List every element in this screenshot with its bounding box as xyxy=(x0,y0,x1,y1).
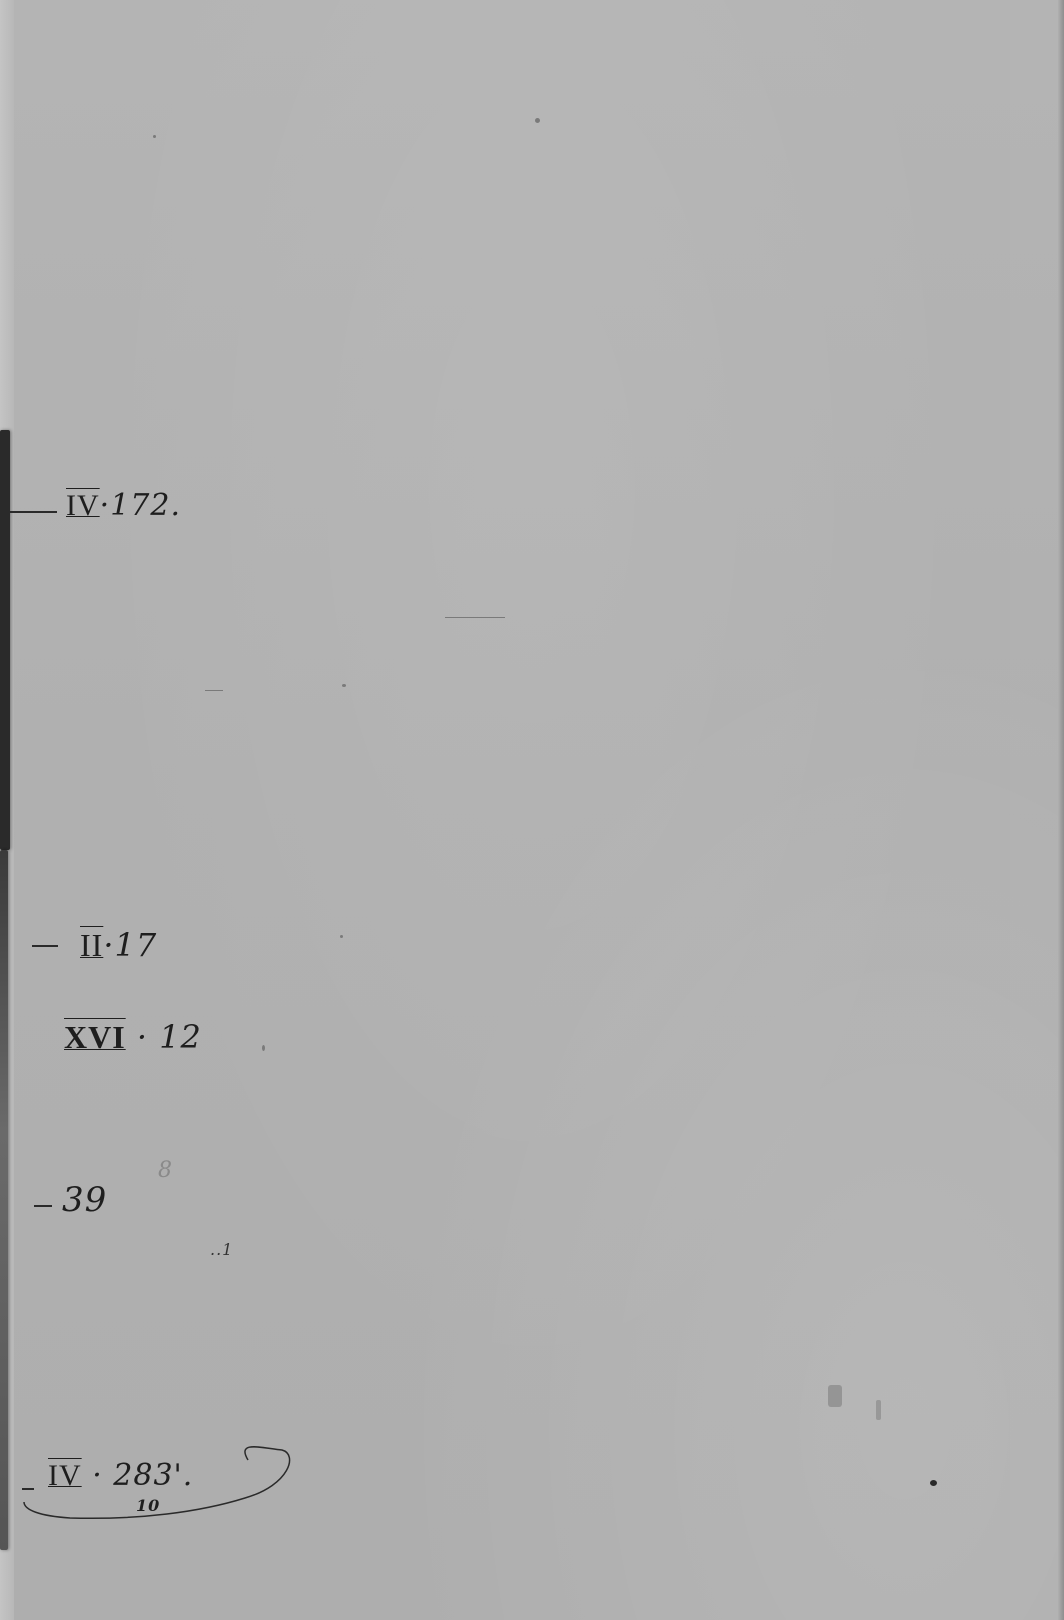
annotation-number: 12 xyxy=(159,1018,202,1056)
annotation-separator: · xyxy=(103,926,114,964)
annotation-roman: IV xyxy=(48,1459,82,1492)
annotation-number: 172. xyxy=(110,488,181,523)
binding-shadow-lower xyxy=(0,850,8,1550)
margin-dash xyxy=(32,945,58,947)
annotation-separator: · xyxy=(126,1018,160,1056)
faint-small-marks: ..1 xyxy=(210,1240,233,1259)
paper-speck xyxy=(930,1480,937,1486)
annotation-subscript: 10 xyxy=(136,1496,160,1515)
margin-dash xyxy=(10,511,57,513)
paper-speck xyxy=(340,935,343,938)
paper-speck xyxy=(342,684,346,687)
annotation-ref-5: IV · 283'. xyxy=(48,1458,193,1493)
scanned-page: IV·172. II·17 XVI · 12 39 8 ..1 IV · 283… xyxy=(0,0,1064,1620)
annotation-ref-2: II·17 xyxy=(80,926,157,964)
paper-speck xyxy=(153,135,156,138)
annotation-ref-3: XVI · 12 xyxy=(64,1018,202,1056)
annotation-number: 39 xyxy=(62,1180,107,1220)
binding-shadow xyxy=(0,430,10,850)
annotation-number: 283'. xyxy=(113,1458,193,1493)
faint-mark-8: 8 xyxy=(158,1158,172,1183)
annotation-ref-1: IV·172. xyxy=(66,488,181,523)
annotation-ref-4: 39 xyxy=(62,1180,107,1220)
annotation-roman: XVI xyxy=(64,1019,126,1055)
page-right-edge xyxy=(1058,0,1064,1620)
annotation-separator: · xyxy=(100,488,111,523)
annotation-number: 17 xyxy=(114,926,157,964)
paper-stain xyxy=(876,1400,881,1420)
paper-stain xyxy=(828,1385,842,1407)
faint-stroke xyxy=(205,690,223,691)
margin-dash xyxy=(22,1488,34,1490)
annotation-roman: II xyxy=(80,927,103,963)
paper-speck xyxy=(262,1045,265,1051)
faint-stroke xyxy=(445,617,505,618)
annotation-separator: · xyxy=(82,1458,114,1493)
margin-dash xyxy=(34,1205,52,1207)
paper-speck xyxy=(535,118,540,123)
flourish-curve xyxy=(0,0,1064,1620)
annotation-roman: IV xyxy=(66,489,100,522)
